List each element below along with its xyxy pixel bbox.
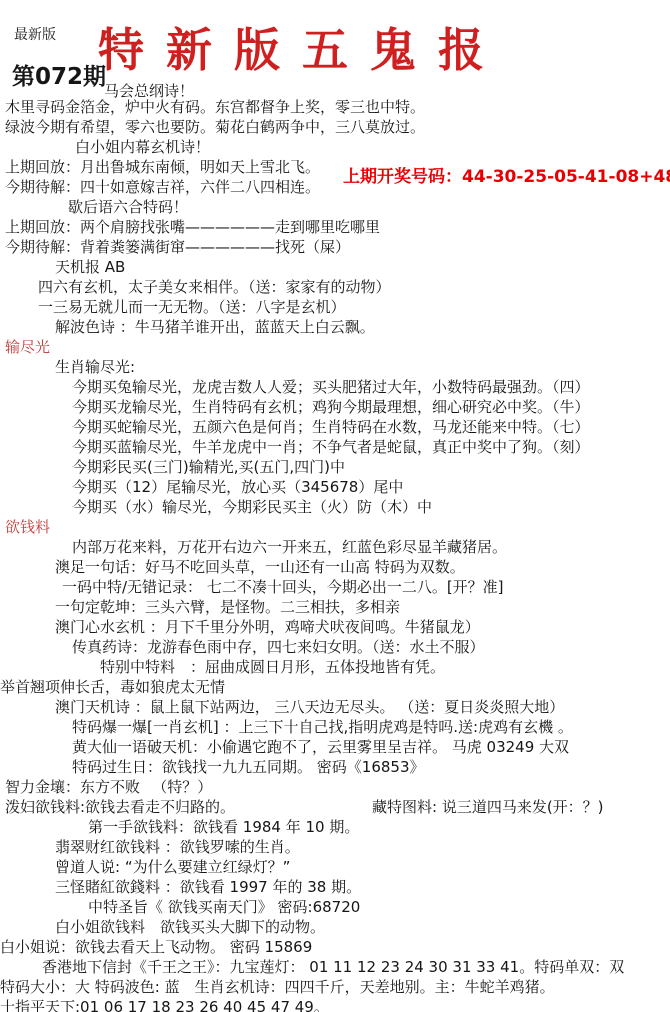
text-line: 香港地下信封《千王之王》：九宝莲灯： 01 11 12 23 24 30 31 …: [0, 957, 670, 977]
issue-number: 第072期: [12, 58, 106, 91]
text-line: 上期回放：月出鲁城东南倾，明如天上雪北飞。: [0, 157, 670, 177]
line-text: 今期买蛇输尽光，五颜六色是何肖；生肖特码在水数，马龙还能来中特。（七）: [72, 418, 590, 436]
line-text: 翡翠财红欲钱料 ：欲钱罗嗦的生肖。: [55, 838, 300, 856]
line-text: 三怪賭紅欲錢料 ：欲钱看 1997 年的 38 期。: [55, 878, 361, 896]
text-line: 三怪賭紅欲錢料 ：欲钱看 1997 年的 38 期。: [0, 877, 670, 897]
text-line: 生肖输尽光:: [0, 357, 670, 377]
text-line: 泼妇欲钱料:欲钱去看走不归路的。藏特图料: 说三道四马来发(开：？): [0, 797, 670, 817]
text-line: 白小姐欲钱料 欲钱买头大脚下的动物。: [0, 917, 670, 937]
line-text: 黄大仙一语破天机：小偷遇它跑不了，云里雾里呈吉祥。 马虎 03249 大双: [72, 738, 569, 756]
line-text: 歇后语六合特码！: [68, 198, 188, 216]
line-text: 特码爆一爆[一肖玄机] ：上三下十自己找,指明虎鸡是特吗.送:虎鸡有玄機 。: [72, 718, 573, 736]
line-text: 四六有玄机，太子美女来相伴。（送：家家有的动物）: [38, 278, 391, 296]
text-line: 四六有玄机，太子美女来相伴。（送：家家有的动物）: [0, 277, 670, 297]
line-text: 木里寻码金箔金，炉中火有码。东宫都督争上奖，零三也中特。: [5, 98, 425, 116]
line-text: 生肖输尽光:: [55, 358, 135, 376]
line-text: 澳足一句话：好马不吃回头草，一山还有一山高 特码为双数。: [55, 558, 465, 576]
line-text: 特别中特料 ：屈曲成圆日月形，五体投地皆有凭。: [100, 658, 445, 676]
line-text: 十指平天下:01 06 17 18 23 26 40 45 47 49。: [0, 998, 329, 1012]
line-text: 今期买龙输尽光，生肖特码有玄机；鸡狗今期最理想，细心研究必中奖。（牛）: [72, 398, 590, 416]
text-line: 澳门心水玄机 ：月下千里分外明，鸡啼犬吠夜间鸣。牛猪鼠龙）: [0, 617, 670, 637]
line-text: 曾道人说: “为什么要建立红绿灯？”: [55, 858, 290, 876]
text-line: 特码大小：大 特码波色: 蓝 生肖玄机诗：四四千斤，天差地别。主：牛蛇羊鸡猪。: [0, 977, 670, 997]
text-line: 天机报 AB: [0, 257, 670, 277]
line-text: 上期回放：两个肩膀找张嘴——————走到哪里吃哪里: [5, 218, 380, 236]
text-line: 一码中特/无错记录： 七二不凑十回头，今期必出一二八。[开？准]: [0, 577, 670, 597]
newspaper-page: 最新版 特新版五鬼报 第072期 马会总纲诗！ 上期开奖号码：44-30-25-…: [0, 0, 670, 1012]
text-line: 特码过生日：欲钱找一九九五同期。 密码《16853》: [0, 757, 670, 777]
line-text: 解波色诗 ：牛马猪羊谁开出，蓝蓝天上白云飘。: [55, 318, 375, 336]
line-text: 一句定乾坤：三头六臂，是怪物。二三相扶，多相亲: [55, 598, 400, 616]
text-line: 今期买（12）尾输尽光，放心买（345678）尾中: [0, 477, 670, 497]
line-text: 特码大小：大 特码波色: 蓝 生肖玄机诗：四四千斤，天差地别。主：牛蛇羊鸡猪。: [0, 978, 555, 996]
line-text: 特码过生日：欲钱找一九九五同期。 密码《16853》: [72, 758, 425, 776]
text-line: 一句定乾坤：三头六臂，是怪物。二三相扶，多相亲: [0, 597, 670, 617]
line-text: 白小姐欲钱料 欲钱买头大脚下的动物。: [55, 918, 325, 936]
text-line: 今期买（水）输尽光，今期彩民买主（火）防（木）中: [0, 497, 670, 517]
text-line: 绿波今期有希望，零六也要防。菊花白鹤两争中，三八莫放过。: [0, 117, 670, 137]
line-text: 今期彩民买(三门)输精光,买(五门,四门)中: [72, 458, 345, 476]
text-line: 特别中特料 ：屈曲成圆日月形，五体投地皆有凭。: [0, 657, 670, 677]
text-line: 内部万花来料，万花开右边六一开来五，红蓝色彩尽显羊藏猪居。: [0, 537, 670, 557]
text-line: 今期买蛇输尽光，五颜六色是何肖；生肖特码在水数，马龙还能来中特。（七）: [0, 417, 670, 437]
line-text: 一三易无就儿而一无无物。（送：八字是玄机）: [38, 298, 346, 316]
line-text: 白小姐说：欲钱去看天上飞动物。 密码 15869: [0, 938, 312, 956]
line-text: 今期买（12）尾输尽光，放心买（345678）尾中: [72, 478, 403, 496]
text-line: 今期买兔输尽光，龙虎吉数人人爱；买头肥猪过大年，小数特码最强劲。（四）: [0, 377, 670, 397]
text-line: 特码爆一爆[一肖玄机] ：上三下十自己找,指明虎鸡是特吗.送:虎鸡有玄機 。: [0, 717, 670, 737]
line-text: 澳门心水玄机 ：月下千里分外明，鸡啼犬吠夜间鸣。牛猪鼠龙）: [55, 618, 480, 636]
text-line: 举首翘项伸长舌，毒如狼虎太无情: [0, 677, 670, 697]
line-text: 白小姐内幕玄机诗！: [75, 138, 210, 156]
text-line: 解波色诗 ：牛马猪羊谁开出，蓝蓝天上白云飘。: [0, 317, 670, 337]
line-text: 绿波今期有希望，零六也要防。菊花白鹤两争中，三八莫放过。: [5, 118, 425, 136]
text-line: 白小姐内幕玄机诗！: [0, 137, 670, 157]
line-text: 今期买蓝输尽光，牛羊龙虎中一肖；不争气者是蛇鼠，真正中奖中了狗。（刻）: [72, 438, 590, 456]
page-title: 特新版五鬼报: [98, 14, 506, 80]
text-line: 木里寻码金箔金，炉中火有码。东宫都督争上奖，零三也中特。: [0, 97, 670, 117]
text-line: 今期待解：四十如意嫁吉祥，六伴二八四相连。: [0, 177, 670, 197]
text-line: 一三易无就儿而一无无物。（送：八字是玄机）: [0, 297, 670, 317]
line-text: 上期回放：月出鲁城东南倾，明如天上雪北飞。: [5, 158, 320, 176]
text-line: 曾道人说: “为什么要建立红绿灯？”: [0, 857, 670, 877]
text-line: 翡翠财红欲钱料 ：欲钱罗嗦的生肖。: [0, 837, 670, 857]
line-text: 一码中特/无错记录： 七二不凑十回头，今期必出一二八。[开？准]: [62, 578, 504, 596]
text-line: 上期回放：两个肩膀找张嘴——————走到哪里吃哪里: [0, 217, 670, 237]
text-line: 白小姐说：欲钱去看天上飞动物。 密码 15869: [0, 937, 670, 957]
text-line: 智力金壤：东方不败 （特？）: [0, 777, 670, 797]
line-text: 天机报 AB: [55, 258, 125, 276]
text-line: 澳足一句话：好马不吃回头草，一山还有一山高 特码为双数。: [0, 557, 670, 577]
line-text: 今期待解：四十如意嫁吉祥，六伴二八四相连。: [5, 178, 320, 196]
line-text: 今期待解：背着粪篓满街窜——————找死（屎）: [5, 238, 350, 256]
line-text: 内部万花来料，万花开右边六一开来五，红蓝色彩尽显羊藏猪居。: [72, 538, 507, 556]
text-line: 今期待解：背着粪篓满街窜——————找死（屎）: [0, 237, 670, 257]
line-text: 欲钱料: [5, 518, 50, 536]
line-text: 泼妇欲钱料:欲钱去看走不归路的。: [5, 798, 235, 816]
text-line: 十指平天下:01 06 17 18 23 26 40 45 47 49。: [0, 997, 670, 1012]
text-line: 中特圣旨《 欲钱买南天门》 密码:68720: [0, 897, 670, 917]
line-text: 智力金壤：东方不败 （特？）: [5, 778, 212, 796]
line-text: 澳门天机诗 ：鼠上鼠下站两边， 三八天边无尽头。 （送：夏日炎炎照大地）: [55, 698, 564, 716]
document-body: 木里寻码金箔金，炉中火有码。东宫都督争上奖，零三也中特。绿波今期有希望，零六也要…: [0, 97, 670, 1012]
line-text: 中特圣旨《 欲钱买南天门》 密码:68720: [88, 898, 360, 916]
text-line: 传真药诗：龙游春色雨中存，四七来妇女明。（送：水土不服）: [0, 637, 670, 657]
edition-label: 最新版: [14, 24, 56, 44]
line-text: 传真药诗：龙游春色雨中存，四七来妇女明。（送：水土不服）: [72, 638, 485, 656]
section-header: 输尽光: [0, 337, 670, 357]
text-line: 澳门天机诗 ：鼠上鼠下站两边， 三八天边无尽头。 （送：夏日炎炎照大地）: [0, 697, 670, 717]
line-text: 第一手欲钱料：欲钱看 1984 年 10 期。: [88, 818, 359, 836]
text-line: 黄大仙一语破天机：小偷遇它跑不了，云里雾里呈吉祥。 马虎 03249 大双: [0, 737, 670, 757]
line-text: 今期买兔输尽光，龙虎吉数人人爱；买头肥猪过大年，小数特码最强劲。（四）: [72, 378, 590, 396]
section-header: 欲钱料: [0, 517, 670, 537]
text-line: 今期买龙输尽光，生肖特码有玄机；鸡狗今期最理想，细心研究必中奖。（牛）: [0, 397, 670, 417]
line-right-text: 藏特图料: 说三道四马来发(开：？): [372, 797, 604, 817]
text-line: 歇后语六合特码！: [0, 197, 670, 217]
line-text: 输尽光: [5, 338, 50, 356]
text-line: 今期彩民买(三门)输精光,买(五门,四门)中: [0, 457, 670, 477]
text-line: 第一手欲钱料：欲钱看 1984 年 10 期。: [0, 817, 670, 837]
line-text: 今期买（水）输尽光，今期彩民买主（火）防（木）中: [72, 498, 432, 516]
line-text: 香港地下信封《千王之王》：九宝莲灯： 01 11 12 23 24 30 31 …: [42, 958, 624, 976]
line-text: 举首翘项伸长舌，毒如狼虎太无情: [0, 678, 225, 696]
text-line: 今期买蓝输尽光，牛羊龙虎中一肖；不争气者是蛇鼠，真正中奖中了狗。（刻）: [0, 437, 670, 457]
